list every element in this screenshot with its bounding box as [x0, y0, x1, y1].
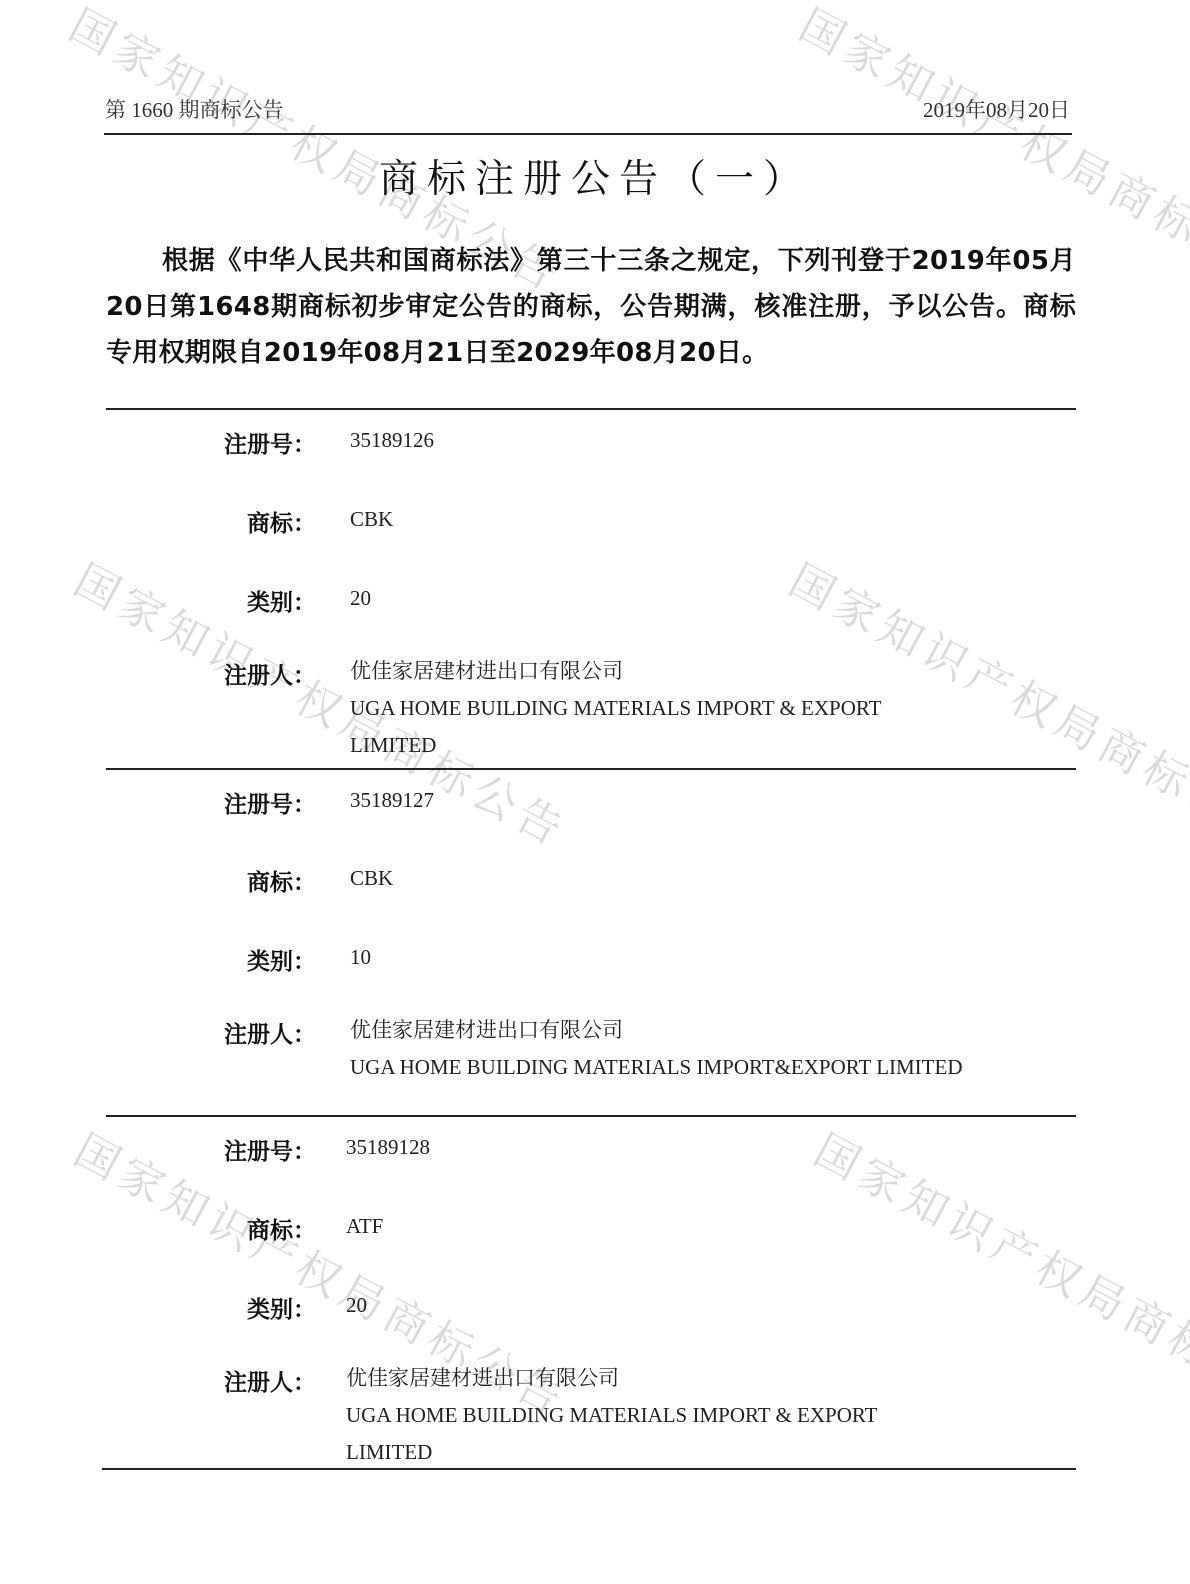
class-value: 20 — [350, 580, 371, 616]
issue-date: 2019年08月20日 — [923, 94, 1070, 124]
mark-value: CBK — [350, 501, 393, 537]
mark-value: CBK — [350, 860, 393, 896]
entry-divider — [106, 1115, 1076, 1117]
registrant-label: 注册人： — [106, 1016, 316, 1049]
entry-divider — [106, 768, 1076, 770]
registrant-label: 注册人： — [106, 657, 316, 690]
reg-no-label: 注册号： — [106, 426, 316, 459]
reg-no-label: 注册号： — [106, 1133, 316, 1166]
registrant-en-line2: LIMITED — [350, 727, 436, 763]
registrant-en-line1: UGA HOME BUILDING MATERIALS IMPORT & EXP… — [350, 690, 881, 726]
class-label: 类别： — [106, 584, 316, 617]
registrant-cn: 优佳家居建材进出口有限公司 — [350, 1012, 623, 1048]
mark-label: 商标： — [106, 864, 316, 897]
reg-no-value: 35189127 — [350, 782, 434, 818]
issue-number: 第 1660 期商标公告 — [105, 94, 284, 124]
class-label: 类别： — [106, 943, 316, 976]
registrant-en-line1: UGA HOME BUILDING MATERIALS IMPORT&EXPOR… — [350, 1049, 963, 1085]
entry-divider — [106, 408, 1076, 410]
class-value: 10 — [350, 939, 371, 975]
intro-paragraph: 根据《中华人民共和国商标法》第三十三条之规定，下列刊登于2019年05月20日第… — [106, 238, 1076, 376]
reg-no-label: 注册号： — [106, 786, 316, 819]
class-value: 20 — [346, 1287, 367, 1323]
mark-label: 商标： — [106, 1212, 316, 1245]
mark-label: 商标： — [106, 505, 316, 538]
header-divider — [104, 133, 1072, 135]
registrant-en-line1: UGA HOME BUILDING MATERIALS IMPORT & EXP… — [346, 1397, 877, 1433]
registrant-en-line2: LIMITED — [346, 1434, 432, 1470]
entry-divider — [102, 1468, 1076, 1470]
registrant-cn: 优佳家居建材进出口有限公司 — [346, 1360, 619, 1396]
registrant-label: 注册人： — [106, 1364, 316, 1397]
reg-no-value: 35189128 — [346, 1129, 430, 1165]
registrant-cn: 优佳家居建材进出口有限公司 — [350, 653, 623, 689]
page-title: 商标注册公告（一） — [0, 148, 1190, 204]
class-label: 类别： — [106, 1291, 316, 1324]
reg-no-value: 35189126 — [350, 422, 434, 458]
watermark: 国家知识产权局商标公告 — [805, 1115, 1190, 1430]
mark-value: ATF — [346, 1208, 383, 1244]
